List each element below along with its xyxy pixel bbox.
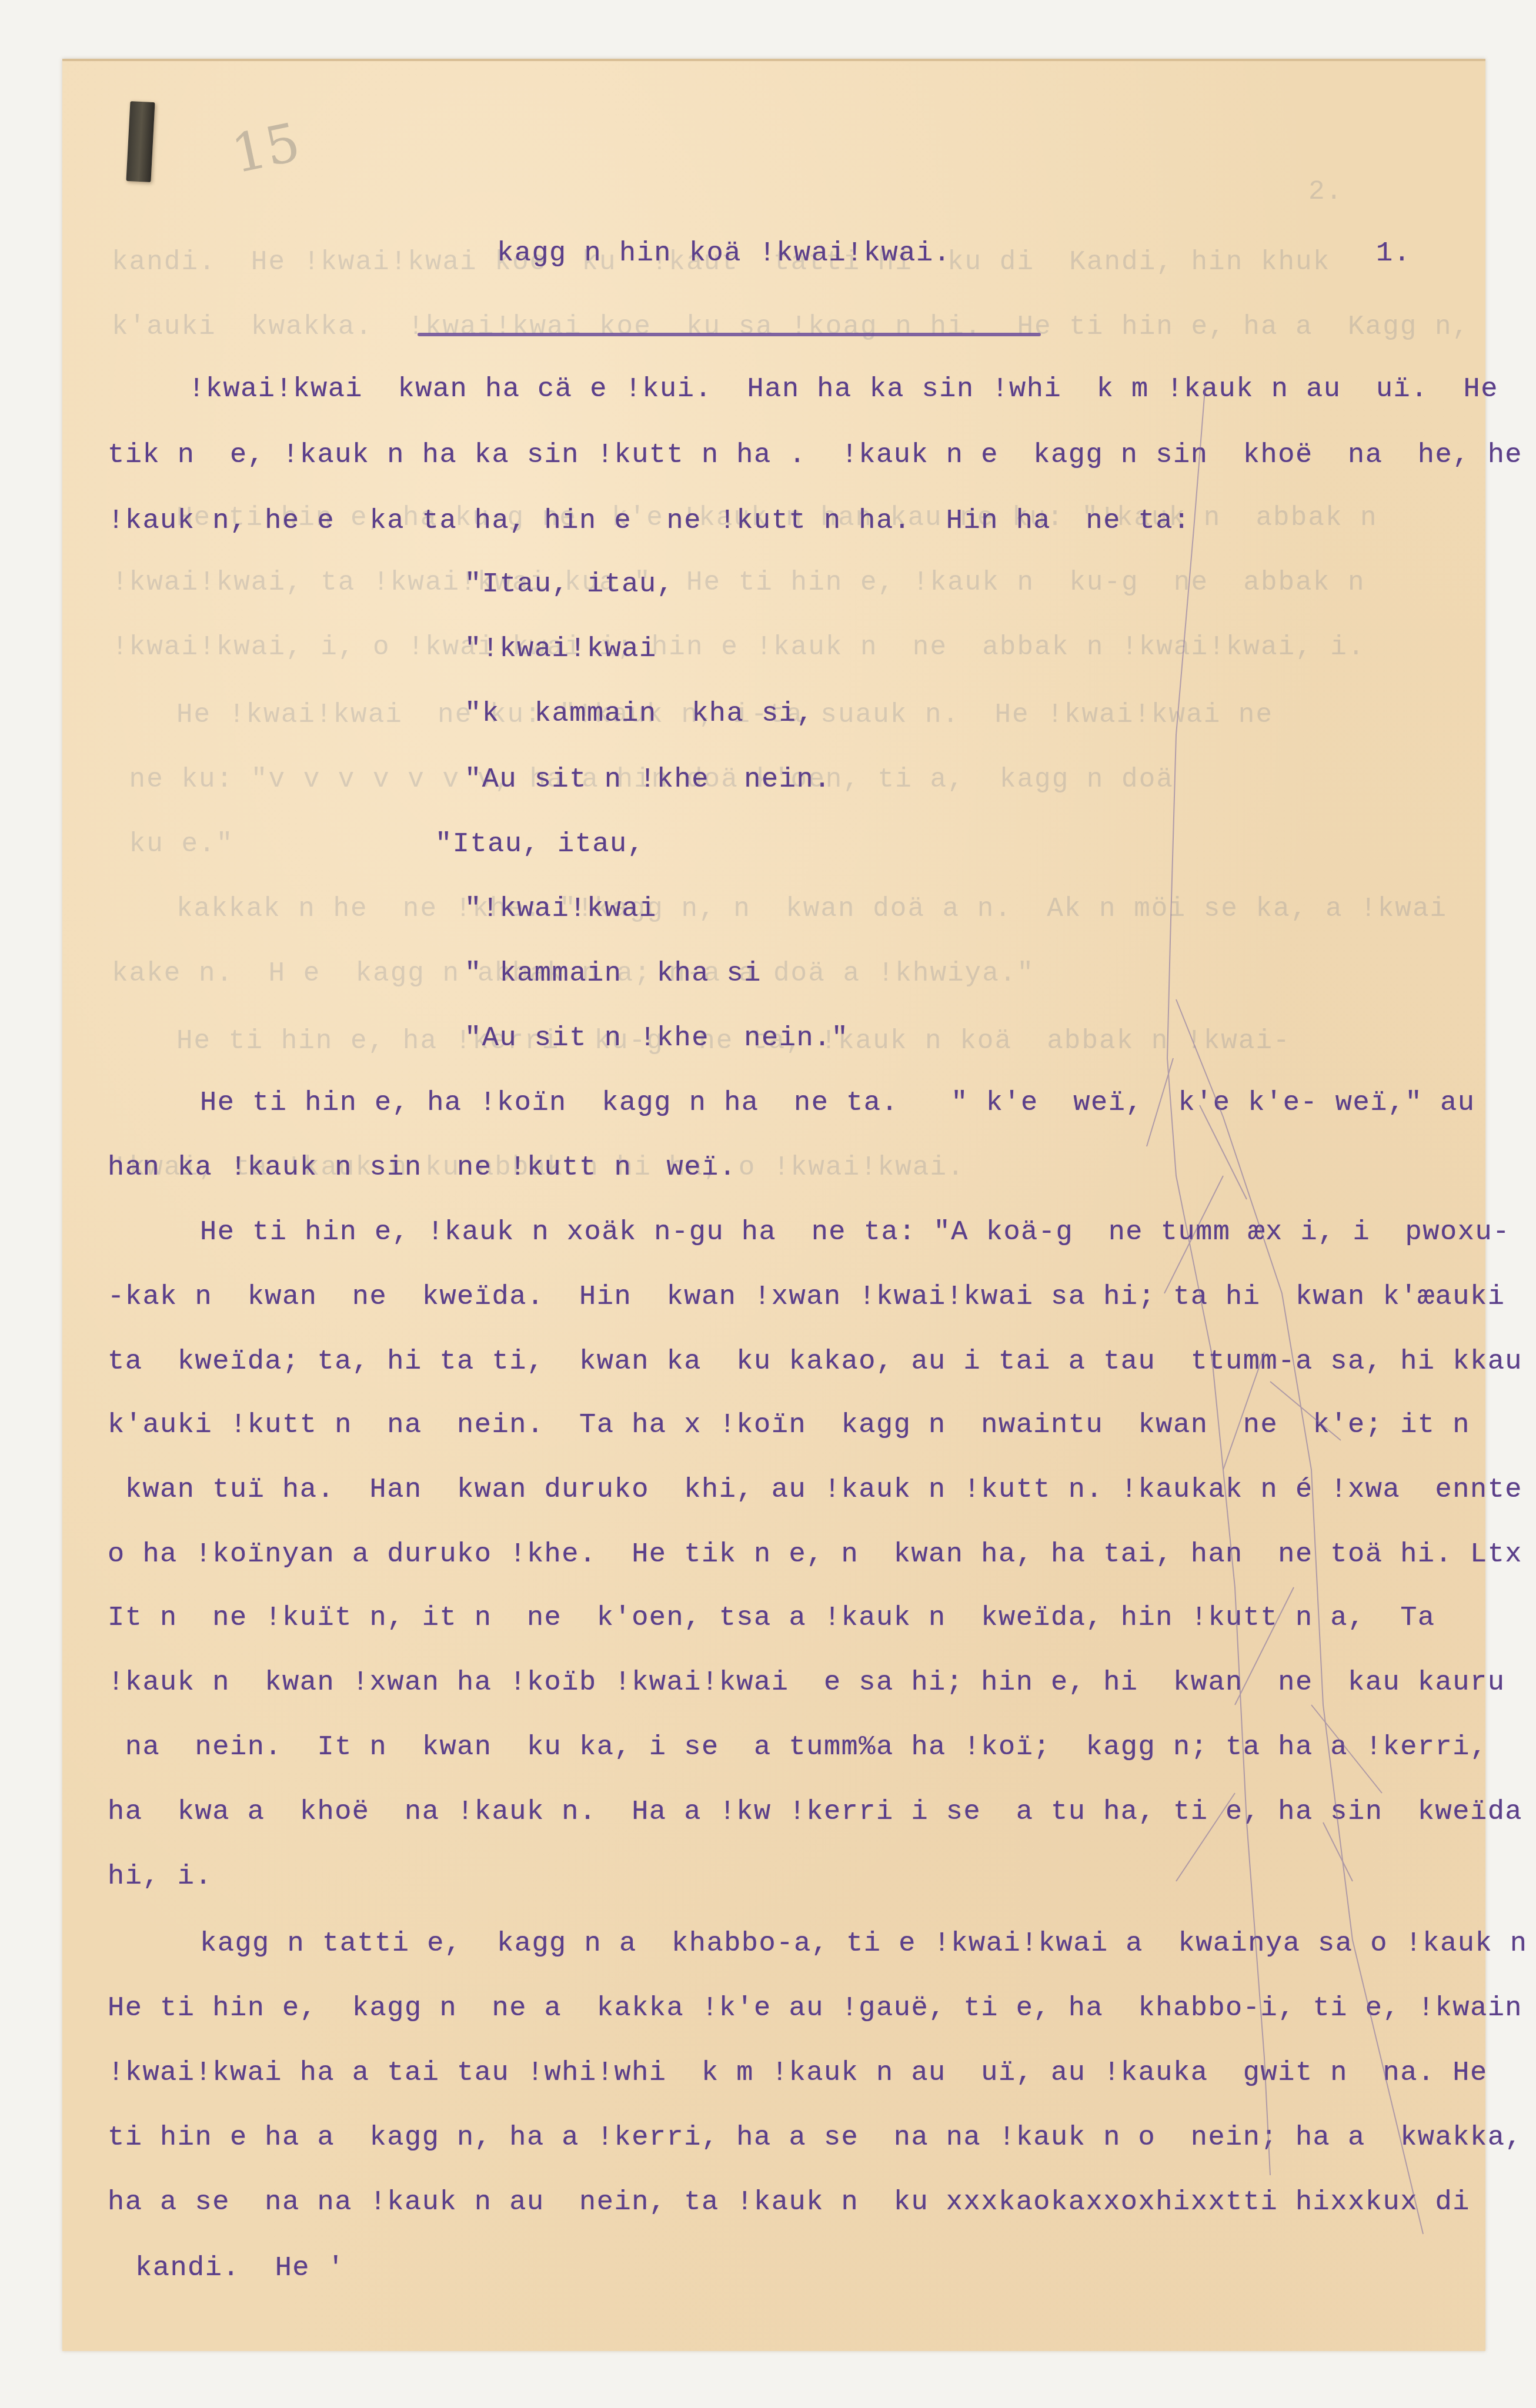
- pencil-sketch-lines: [0, 0, 1536, 2408]
